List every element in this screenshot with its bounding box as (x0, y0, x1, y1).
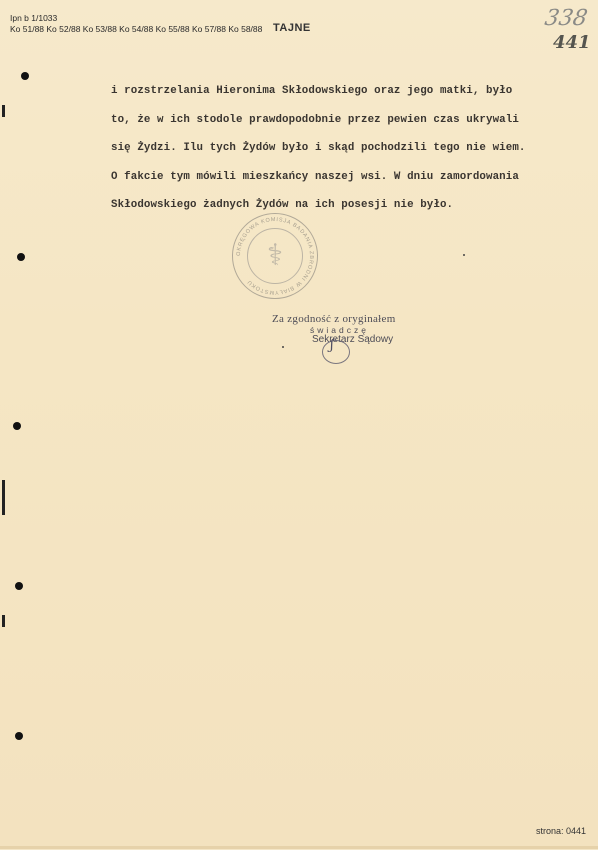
punch-hole-icon (13, 422, 21, 430)
page-number: strona: 0441 (536, 826, 586, 836)
handwritten-folio-old: 338 (543, 6, 589, 31)
punch-hole-icon (15, 582, 23, 590)
archive-reference: Ipn b 1/1033 (10, 13, 57, 23)
signature-scrawl: ʃ (330, 337, 334, 353)
punch-hole-icon (17, 253, 25, 261)
certification-line: Za zgodność z oryginałem (272, 313, 396, 325)
body-line: O fakcie tym mówili mieszkańcy naszej ws… (111, 163, 581, 192)
document-page: Ipn b 1/1033 Ko 51/88 Ko 52/88 Ko 53/88 … (0, 0, 598, 849)
body-line: się Żydzi. Ilu tych Żydów było i skąd po… (111, 134, 581, 163)
certification-title: Sekretarz Sądowy (312, 334, 393, 345)
ink-speck (463, 254, 465, 256)
punch-hole-icon (21, 72, 29, 80)
punch-hole-icon (15, 732, 23, 740)
edge-mark (2, 615, 5, 627)
body-line: i rozstrzelania Hieronima Skłodowskiego … (111, 77, 581, 106)
edge-mark (2, 480, 5, 515)
seal-center: ⚕ (247, 228, 303, 284)
typewritten-body: i rozstrzelania Hieronima Skłodowskiego … (111, 77, 581, 220)
edge-mark (2, 105, 5, 117)
body-line: to, że w ich stodole prawdopodobnie prze… (111, 106, 581, 135)
official-seal: OKRĘGOWA KOMISJA BADANIA ZBRODNI W BIAŁY… (232, 213, 318, 299)
eagle-emblem-icon: ⚕ (248, 229, 302, 283)
signature-icon (322, 340, 350, 364)
classification-stamp: TAJNE (273, 22, 311, 34)
body-line: Skłodowskiego żadnych Żydów na ich poses… (111, 191, 581, 220)
ink-speck (282, 346, 284, 348)
case-numbers: Ko 51/88 Ko 52/88 Ko 53/88 Ko 54/88 Ko 5… (10, 24, 262, 34)
handwritten-folio-new: 441 (553, 32, 591, 53)
